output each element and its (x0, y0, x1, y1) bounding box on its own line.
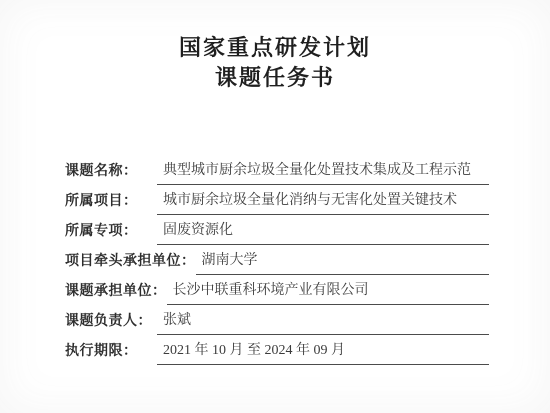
form-row-undertaking-organization: 课题承担单位： 长沙中联重科环境产业有限公司 (65, 275, 489, 305)
field-label: 课题承担单位： (65, 280, 167, 305)
field-value: 2021 年 10 月 至 2024 年 09 月 (157, 339, 489, 365)
field-value: 固废资源化 (157, 219, 489, 245)
task-form: 课题名称： 典型城市厨余垃圾全量化处置技术集成及工程示范 所属项目： 城市厨余垃… (65, 155, 489, 365)
form-row-project-leader: 课题负责人： 张斌 (65, 305, 489, 335)
field-label: 所属项目： (65, 190, 157, 215)
form-row-execution-period: 执行期限： 2021 年 10 月 至 2024 年 09 月 (65, 335, 489, 365)
field-label: 课题负责人： (65, 310, 157, 335)
document-title-block: 国家重点研发计划 课题任务书 (0, 33, 550, 93)
field-label: 执行期限： (65, 340, 157, 365)
field-value: 张斌 (157, 309, 489, 335)
field-value: 湖南大学 (196, 249, 490, 275)
form-row-special-program: 所属专项： 固废资源化 (65, 215, 489, 245)
field-label: 课题名称： (65, 160, 157, 185)
field-value: 城市厨余垃圾全量化消纳与无害化处置关键技术 (157, 189, 489, 215)
document-title-line-2: 课题任务书 (0, 63, 550, 93)
form-row-parent-project: 所属项目： 城市厨余垃圾全量化消纳与无害化处置关键技术 (65, 185, 489, 215)
field-label: 所属专项： (65, 220, 157, 245)
field-value: 典型城市厨余垃圾全量化处置技术集成及工程示范 (157, 159, 489, 185)
document-page: 国家重点研发计划 课题任务书 课题名称： 典型城市厨余垃圾全量化处置技术集成及工… (0, 0, 550, 413)
document-title-line-1: 国家重点研发计划 (0, 33, 550, 63)
field-label: 项目牵头承担单位： (65, 250, 196, 275)
field-value: 长沙中联重科环境产业有限公司 (167, 279, 490, 305)
form-row-project-name: 课题名称： 典型城市厨余垃圾全量化处置技术集成及工程示范 (65, 155, 489, 185)
form-row-lead-organization: 项目牵头承担单位： 湖南大学 (65, 245, 489, 275)
